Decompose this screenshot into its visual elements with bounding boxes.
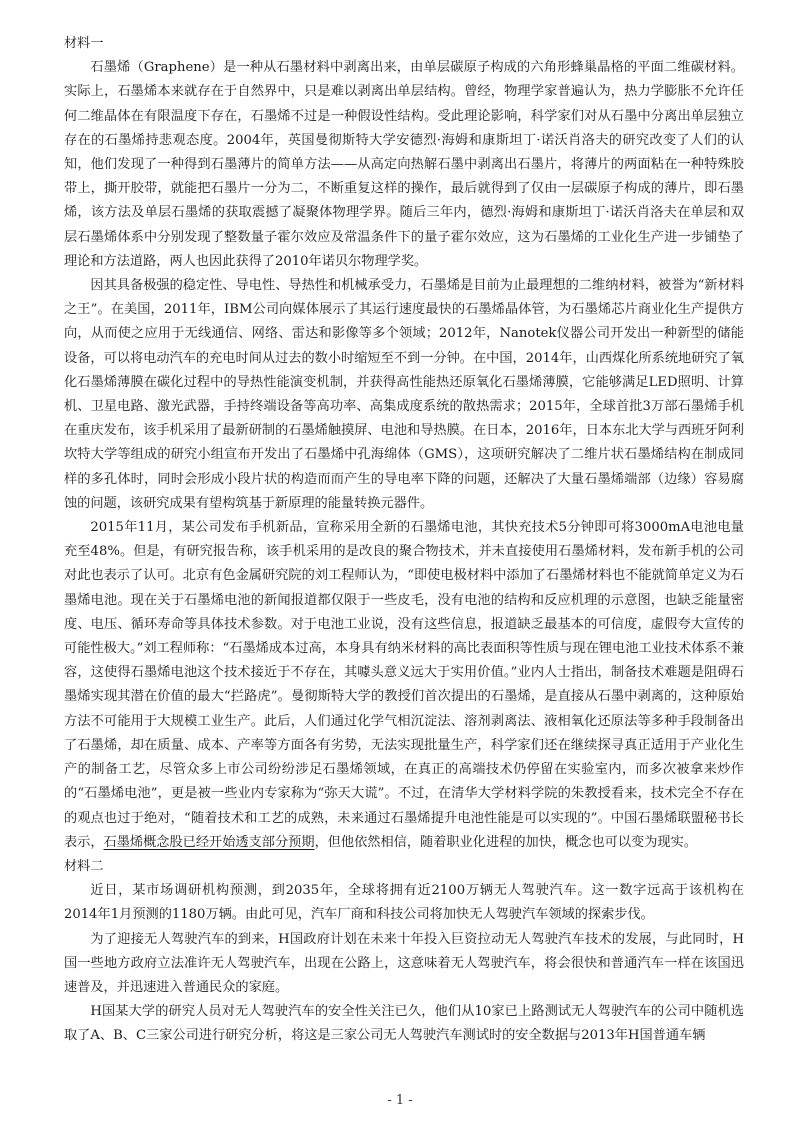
paragraph-government-plan: 为了迎接无人驾驶汽车的到来，H国政府计划在未来十年投入巨资拉动无人驾驶汽车技术的… xyxy=(64,928,744,1001)
page-number: - 1 - xyxy=(0,1093,800,1108)
section-heading-material-one: 材料一 xyxy=(64,32,744,56)
paragraph-text-before-underline: 2015年11月，某公司发布手机新品，宣称采用全新的石墨烯电池，其快充技术5分钟… xyxy=(64,520,744,850)
section-heading-material-two: 材料二 xyxy=(64,855,744,879)
paragraph-graphene-intro: 石墨烯（Graphene）是一种从石墨材料中剥离出来，由单层碳原子构成的六角形蜂… xyxy=(64,56,744,274)
paragraph-text-after-underline: ，但他依然相信，随着职业化进程的加快，概念也可以变为现实。 xyxy=(315,835,697,850)
underlined-sentence: 石墨烯概念股已经开始透支部分预期 xyxy=(104,835,315,850)
paragraph-graphene-applications: 因其具备极强的稳定性、导电性、导热性和机械承受力，石墨烯是目前为止最理想的二维纳… xyxy=(64,274,744,516)
paragraph-graphene-battery: 2015年11月，某公司发布手机新品，宣称采用全新的石墨烯电池，其快充技术5分钟… xyxy=(64,516,744,855)
paragraph-autonomous-forecast: 近日，某市场调研机构预测，到2035年，全球将拥有近2100万辆无人驾驶汽车。这… xyxy=(64,879,744,927)
paragraph-safety-research: H国某大学的研究人员对无人驾驶汽车的安全性关注已久，他们从10家已上路测试无人驾… xyxy=(64,1000,744,1048)
document-page: 材料一 石墨烯（Graphene）是一种从石墨材料中剥离出来，由单层碳原子构成的… xyxy=(64,32,744,1049)
